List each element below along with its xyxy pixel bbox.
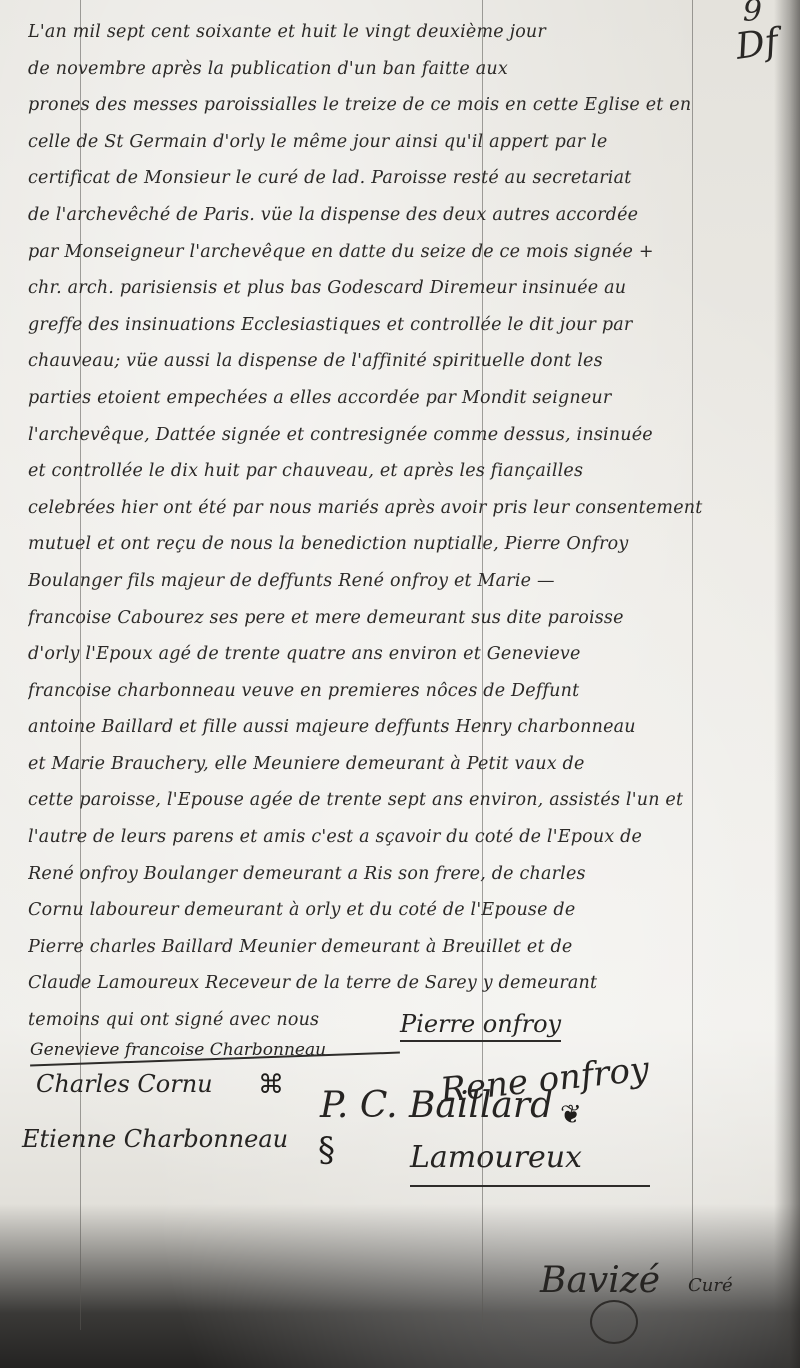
text-line: l'archevêque, Dattée signée et contresig… xyxy=(28,417,768,454)
paraph-mark-icon: ⌘ xyxy=(258,1070,284,1100)
text-line: de novembre après la publication d'un ba… xyxy=(28,51,768,88)
curate-title: Curé xyxy=(688,1275,733,1296)
text-line: René onfroy Boulanger demeurant a Ris so… xyxy=(28,856,768,893)
text-line: de l'archevêché de Paris. vüe la dispens… xyxy=(28,197,768,234)
text-line: par Monseigneur l'archevêque en datte du… xyxy=(28,234,768,271)
text-line: temoins qui ont signé avec nous xyxy=(28,1002,768,1039)
curate-paraph-icon xyxy=(590,1300,638,1344)
text-line: francoise Cabourez ses pere et mere deme… xyxy=(28,600,768,637)
text-line: l'autre de leurs parens et amis c'est a … xyxy=(28,819,768,856)
signature-groom: Pierre onfroy xyxy=(400,1010,561,1042)
text-line: antoine Baillard et fille aussi majeure … xyxy=(28,709,768,746)
paraph-mark-icon: § xyxy=(318,1130,335,1170)
text-line: Boulanger fils majeur de deffunts René o… xyxy=(28,563,768,600)
signature-witness-pc-baillard: P. C. Baillard xyxy=(320,1085,553,1126)
text-line: cette paroisse, l'Epouse agée de trente … xyxy=(28,782,768,819)
text-line: et Marie Brauchery, elle Meuniere demeur… xyxy=(28,746,768,783)
text-line: prones des messes paroissialles le treiz… xyxy=(28,87,768,124)
text-line: L'an mil sept cent soixante et huit le v… xyxy=(28,14,768,51)
signature-curate: Bavizé xyxy=(540,1260,660,1301)
paraph-mark-icon: ❦ xyxy=(560,1100,582,1130)
register-page: 9 Df L'an mil sept cent soixante et huit… xyxy=(0,0,800,1368)
signature-flourish xyxy=(410,1185,650,1187)
text-line: chauveau; vüe aussi la dispense de l'aff… xyxy=(28,343,768,380)
text-line: celebrées hier ont été par nous mariés a… xyxy=(28,490,768,527)
text-line: greffe des insinuations Ecclesiastiques … xyxy=(28,307,768,344)
scan-shadow-edge xyxy=(774,0,800,1368)
signature-witness-charles-cornu: Charles Cornu xyxy=(36,1070,213,1098)
text-line: d'orly l'Epoux agé de trente quatre ans … xyxy=(28,636,768,673)
text-line: parties etoient empechées a elles accord… xyxy=(28,380,768,417)
text-line: et controllée le dix huit par chauveau, … xyxy=(28,453,768,490)
text-line: celle de St Germain d'orly le même jour … xyxy=(28,124,768,161)
text-line: chr. arch. parisiensis et plus bas Godes… xyxy=(28,270,768,307)
text-line: certificat de Monsieur le curé de lad. P… xyxy=(28,160,768,197)
text-line: Cornu laboureur demeurant à orly et du c… xyxy=(28,892,768,929)
signature-witness-lamoureux: Lamoureux xyxy=(410,1140,582,1175)
text-line: Pierre charles Baillard Meunier demeuran… xyxy=(28,929,768,966)
text-line: francoise charbonneau veuve en premieres… xyxy=(28,673,768,710)
signature-witness-etienne-charbonneau: Etienne Charbonneau xyxy=(22,1125,288,1153)
text-line: Claude Lamoureux Receveur de la terre de… xyxy=(28,965,768,1002)
text-line: mutuel et ont reçu de nous la benedictio… xyxy=(28,526,768,563)
marriage-entry-text: L'an mil sept cent soixante et huit le v… xyxy=(28,14,768,1039)
